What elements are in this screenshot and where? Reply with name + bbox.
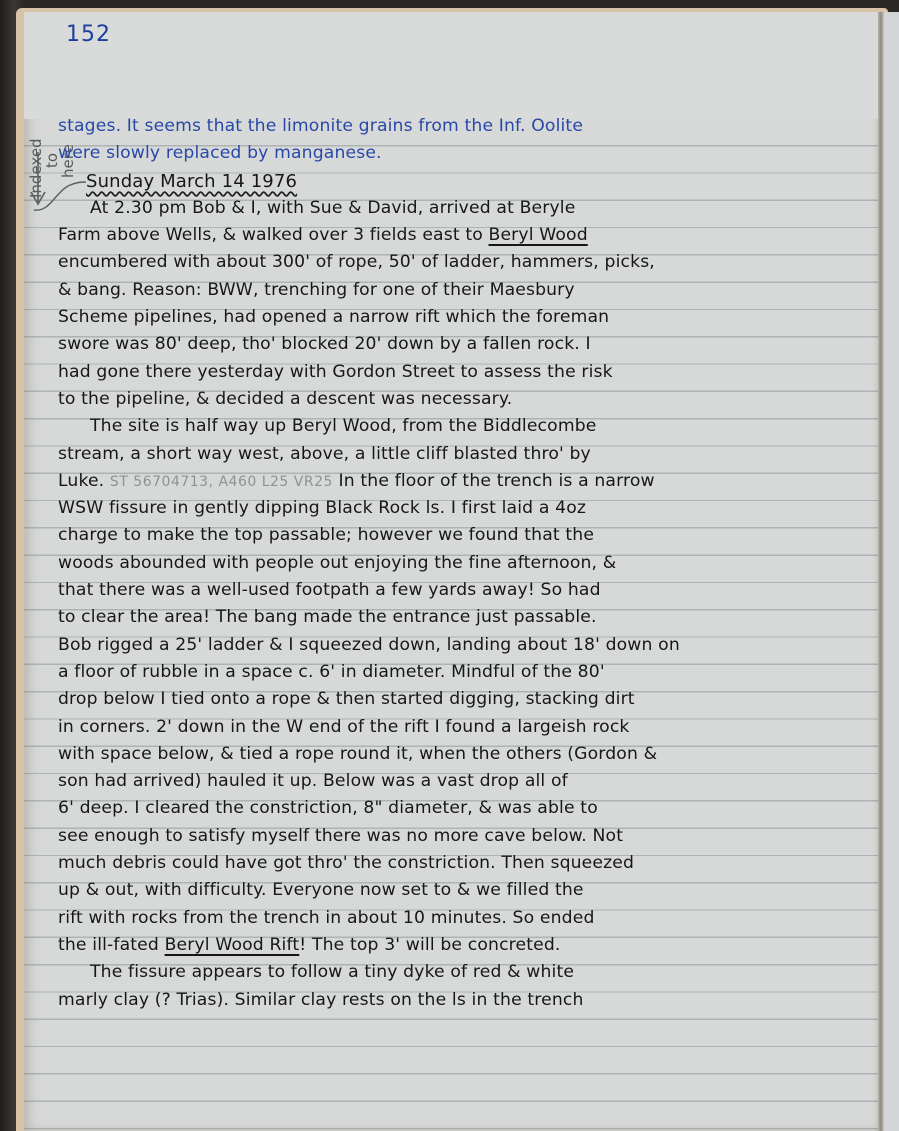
entry-line: the ill-fated Beryl Wood Rift! The top 3… [58, 932, 878, 959]
entry-line: up & out, with difficulty. Everyone now … [58, 877, 878, 904]
entry-line: At 2.30 pm Bob & I, with Sue & David, ar… [58, 195, 878, 222]
entry-line: to the pipeline, & decided a descent was… [58, 386, 878, 413]
facing-page-edge [884, 12, 899, 1131]
entry-line: a floor of rubble in a space c. 6' in di… [58, 659, 878, 686]
entry-date-heading: Sunday March 14 1976 [58, 168, 878, 195]
entry-line: The fissure appears to follow a tiny dyk… [58, 959, 878, 986]
entry-line: had gone there yesterday with Gordon Str… [58, 359, 878, 386]
entry-line: drop below I tied onto a rope & then sta… [58, 686, 878, 713]
entry-line: Farm above Wells, & walked over 3 fields… [58, 222, 878, 249]
entry-line: much debris could have got thro' the con… [58, 850, 878, 877]
underlined-place-name: Beryl Wood Rift [165, 935, 300, 955]
entry-line: charge to make the top passable; however… [58, 522, 878, 549]
entry-line: in corners. 2' down in the W end of the … [58, 714, 878, 741]
entry-line: son had arrived) hauled it up. Below was… [58, 768, 878, 795]
journal-entry: stages. It seems that the limonite grain… [58, 113, 878, 1014]
continuation-line: stages. It seems that the limonite grain… [58, 113, 878, 140]
entry-line: to clear the area! The bang made the ent… [58, 604, 878, 631]
entry-line: stream, a short way west, above, a littl… [58, 441, 878, 468]
entry-line: Scheme pipelines, had opened a narrow ri… [58, 304, 878, 331]
entry-line: Luke. ST 56704713, A460 L25 VR25 In the … [58, 468, 878, 495]
entry-line: woods abounded with people out enjoying … [58, 550, 878, 577]
date-heading-text: Sunday March 14 1976 [86, 171, 297, 192]
entry-line: swore was 80' deep, tho' blocked 20' dow… [58, 331, 878, 358]
entry-line: Bob rigged a 25' ladder & I squeezed dow… [58, 632, 878, 659]
page-number: 152 [66, 22, 111, 47]
entry-line: marly clay (? Trias). Similar clay rests… [58, 987, 878, 1014]
entry-line: encumbered with about 300' of rope, 50' … [58, 249, 878, 276]
entry-body: At 2.30 pm Bob & I, with Sue & David, ar… [58, 195, 878, 1014]
entry-line: 6' deep. I cleared the constriction, 8" … [58, 795, 878, 822]
pencil-grid-reference: ST 56704713, A460 L25 VR25 [110, 474, 333, 490]
entry-line: WSW fissure in gently dipping Black Rock… [58, 495, 878, 522]
entry-line: & bang. Reason: BWW, trenching for one o… [58, 277, 878, 304]
entry-line: that there was a well-used footpath a fe… [58, 577, 878, 604]
continuation-line: were slowly replaced by manganese. [58, 140, 878, 167]
entry-line: with space below, & tied a rope round it… [58, 741, 878, 768]
underlined-place-name: Beryl Wood [489, 225, 588, 245]
entry-line: see enough to satisfy myself there was n… [58, 823, 878, 850]
entry-line: The site is half way up Beryl Wood, from… [58, 413, 878, 440]
entry-line: rift with rocks from the trench in about… [58, 905, 878, 932]
